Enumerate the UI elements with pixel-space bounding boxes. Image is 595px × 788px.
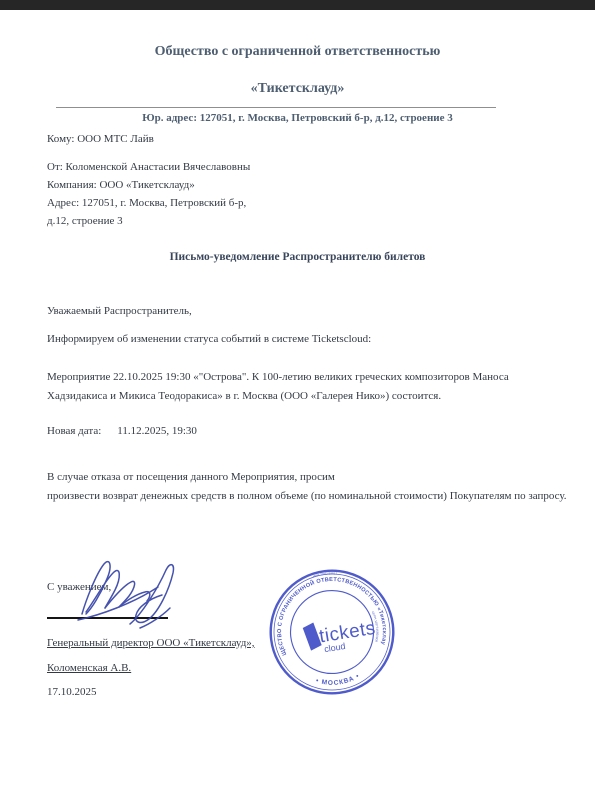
new-date-row: Новая дата:11.12.2025, 19:30: [47, 425, 197, 437]
refund-paragraph: В случае отказа от посещения данного Мер…: [47, 468, 567, 506]
stamp-city-text: • МОСКВА •: [314, 672, 362, 689]
sender-address-line2: д.12, строение 3: [47, 215, 123, 227]
event-info-paragraph: Мероприятие 22.10.2025 19:30 «"Острова".…: [47, 368, 549, 406]
sender-address-line1: Адрес: 127051, г. Москва, Петровский б-р…: [47, 197, 246, 209]
new-date-value: 11.12.2025, 19:30: [117, 425, 197, 437]
legal-address: Юр. адрес: 127051, г. Москва, Петровский…: [0, 112, 595, 124]
sender-from: От: Коломенской Анастасии Вячеславовны: [47, 161, 250, 173]
salutation: Уважаемый Распространитель,: [47, 305, 192, 317]
letter-title: Письмо-уведомление Распространителю биле…: [0, 251, 595, 263]
org-name-heading: «Тикетсклауд»: [0, 81, 595, 97]
org-type-heading: Общество с ограниченной ответственностью: [0, 44, 595, 60]
sender-company: Компания: ООО «Тикетсклауд»: [47, 179, 195, 191]
company-round-stamp: ОБЩЕСТВО С ОГРАНИЧЕННОЙ ОТВЕТСТВЕННОСТЬЮ…: [266, 566, 398, 698]
scan-top-edge: [0, 0, 595, 10]
stamp-logo-text: tickets: [318, 617, 377, 647]
refund-line1: В случае отказа от посещения данного Мер…: [47, 468, 567, 487]
new-date-label: Новая дата:: [47, 425, 101, 437]
handwritten-signature: [70, 554, 194, 636]
letter-date: 17.10.2025: [47, 686, 97, 698]
intro-line: Информируем об изменении статуса событий…: [47, 333, 371, 345]
signatory-name: Коломенская А.В.: [47, 662, 131, 674]
signatory-position: Генеральный директор ООО «Тикетсклауд»,: [47, 637, 255, 649]
refund-line2: произвести возврат денежных средств в по…: [47, 487, 567, 506]
header-divider-line: [56, 107, 496, 108]
recipient-to: Кому: ООО МТС Лайв: [47, 133, 154, 145]
stamp-logo-sub-text: cloud: [323, 641, 346, 654]
